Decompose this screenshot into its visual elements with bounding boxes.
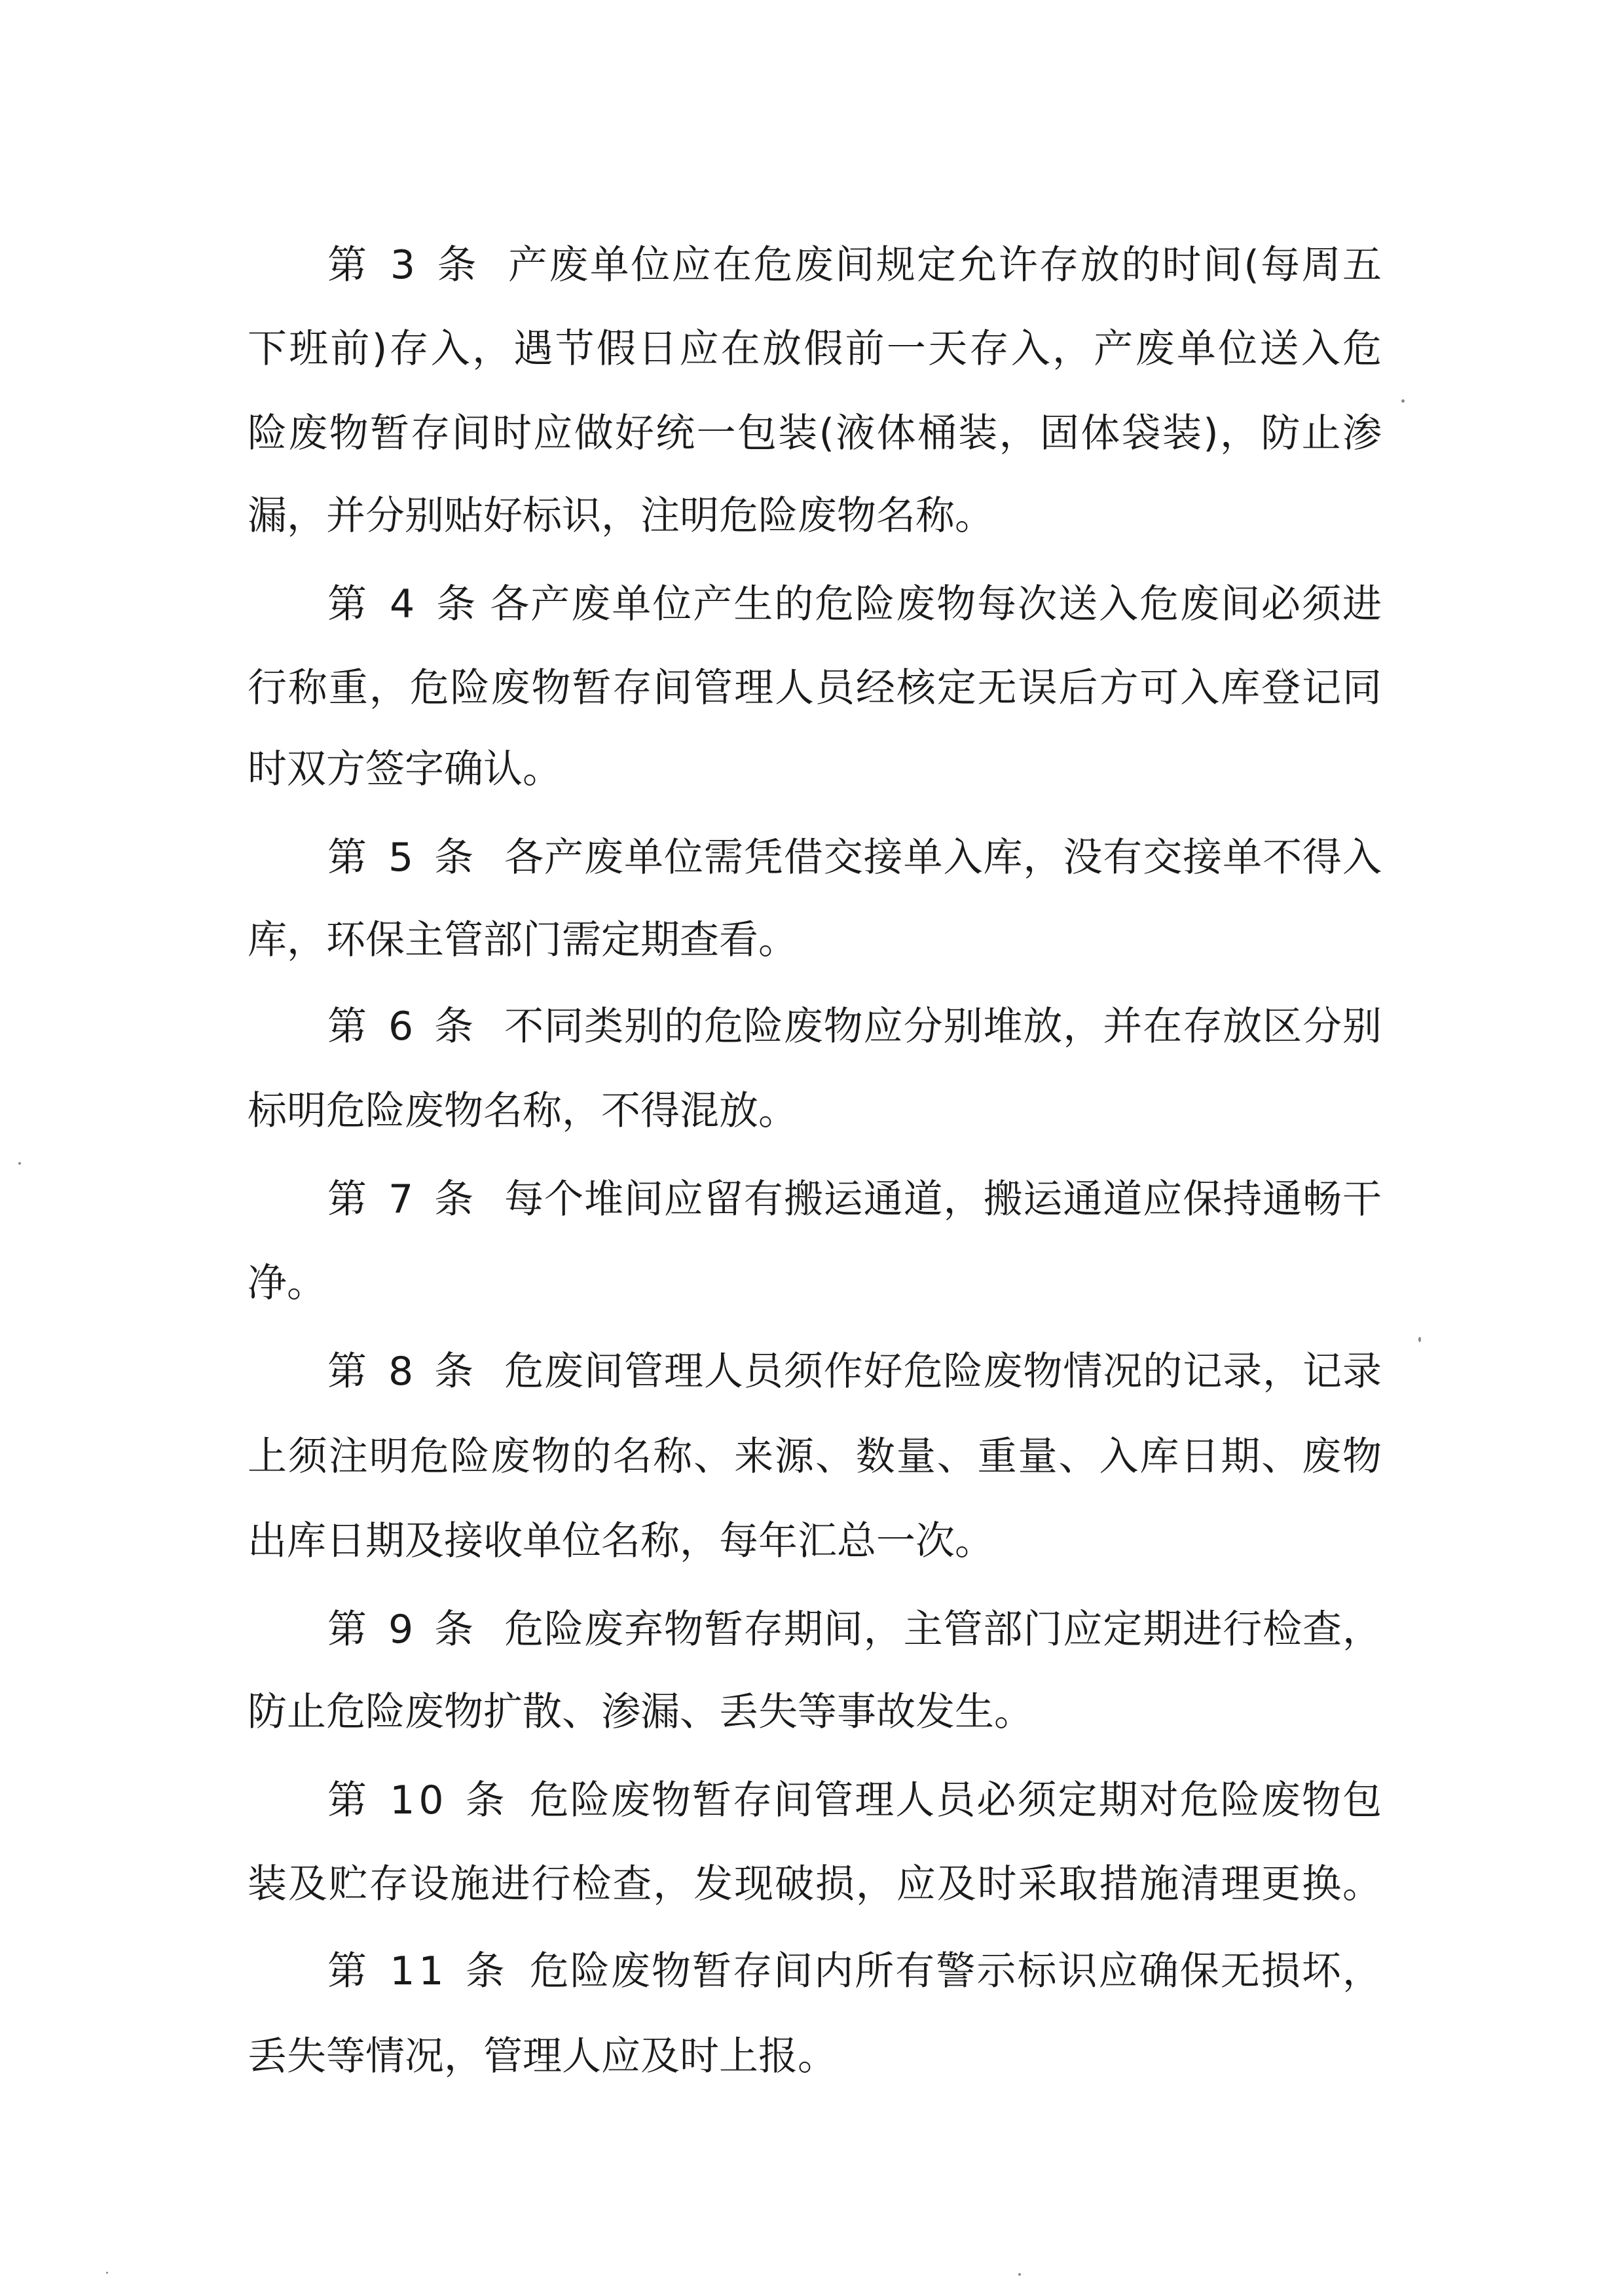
document-page: 第 3 条产废单位应在危废间规定允许存放的时间(每周五 下班前)存入，遇节假日应… <box>0 0 1624 2296</box>
article-11-line-2: 丢失等情况，管理人应及时上报。 <box>248 2030 1382 2083</box>
article-7-line-1: 第 7 条每个堆间应留有搬运通道，搬运通道应保持通畅干 <box>327 1173 1382 1226</box>
scan-speck <box>1018 2273 1021 2276</box>
article-10-line-1: 第 10 条危险废物暂存间管理人员必须定期对危险废物包 <box>327 1774 1382 1827</box>
article-number: 第 11 条 <box>327 1948 510 1994</box>
article-3-line-2: 下班前)存入，遇节假日应在放假前一天存入，产废单位送入危 <box>248 323 1382 375</box>
article-number: 第 3 条 <box>327 242 482 288</box>
article-number: 第 4 条 <box>327 581 481 627</box>
scan-speck <box>18 1162 21 1165</box>
article-number: 第 6 条 <box>327 1004 478 1049</box>
article-number: 第 8 条 <box>327 1349 478 1394</box>
article-4-line-2: 行称重，危险废物暂存间管理人员经核定无误后方可入库登记同 <box>248 662 1382 714</box>
article-number: 第 10 条 <box>327 1777 510 1823</box>
article-4-line-1: 第 4 条各产废单位产生的危险废物每次送入危废间必须进 <box>327 578 1382 630</box>
article-3-line-1: 第 3 条产废单位应在危废间规定允许存放的时间(每周五 <box>327 239 1382 291</box>
article-10-line-2: 装及贮存设施进行检查，发现破损，应及时采取措施清理更换。 <box>248 1858 1382 1910</box>
article-3-line-4: 漏，并分别贴好标识，注明危险废物名称。 <box>248 490 1382 542</box>
article-number: 第 5 条 <box>327 835 478 881</box>
article-11-line-1: 第 11 条危险废物暂存间内所有警示标识应确保无损坏， <box>327 1945 1382 1997</box>
article-3-line-3: 险废物暂存间时应做好统一包装(液体桶装，固体袋装)，防止渗 <box>248 407 1382 460</box>
article-6-line-1: 第 6 条不同类别的危险废物应分别堆放，并在存放区分别 <box>327 1000 1382 1053</box>
article-8-line-1: 第 8 条危废间管理人员须作好危险废物情况的记录，记录 <box>327 1345 1382 1398</box>
article-8-line-3: 出库日期及接收单位名称，每年汇总一次。 <box>248 1515 1382 1567</box>
article-4-line-3: 时双方签字确认。 <box>248 743 1382 795</box>
article-8-line-2: 上须注明危险废物的名称、来源、数量、重量、入库日期、废物 <box>248 1430 1382 1483</box>
article-number: 第 7 条 <box>327 1176 478 1222</box>
scan-speck <box>106 2272 108 2274</box>
article-9-line-2: 防止危险废物扩散、渗漏、丢失等事故发生。 <box>248 1686 1382 1738</box>
scan-speck <box>1418 1337 1421 1342</box>
article-number: 第 9 条 <box>327 1607 478 1652</box>
article-6-line-2: 标明危险废物名称，不得混放。 <box>248 1085 1382 1137</box>
article-9-line-1: 第 9 条危险废弃物暂存期间，主管部门应定期进行检查， <box>327 1603 1382 1656</box>
article-5-line-2: 库，环保主管部门需定期查看。 <box>248 914 1382 966</box>
article-5-line-1: 第 5 条各产废单位需凭借交接单入库，没有交接单不得入 <box>327 831 1382 884</box>
article-7-line-2: 净。 <box>248 1257 1382 1309</box>
scan-speck <box>1401 399 1405 403</box>
